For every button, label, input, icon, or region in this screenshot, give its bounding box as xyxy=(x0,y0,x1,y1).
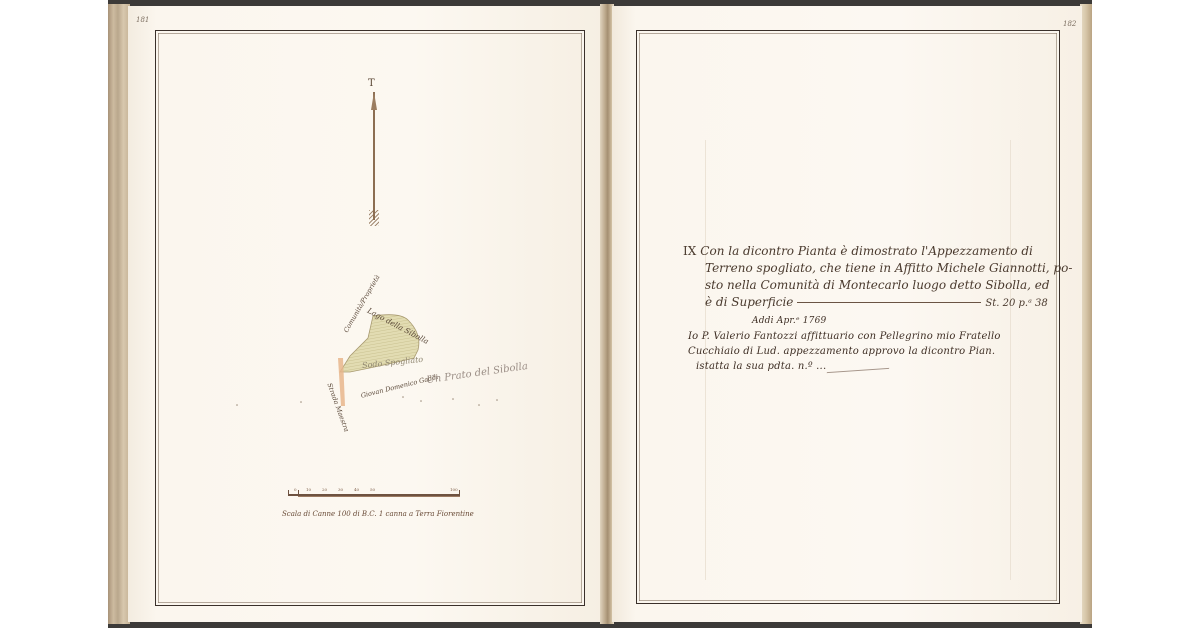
paper-speck xyxy=(496,399,498,401)
scale-tick-label: 0 xyxy=(294,487,297,492)
right-page-number: 182 xyxy=(1063,20,1076,28)
entry-text-line4: è di Superficie xyxy=(705,295,793,309)
entry-line: IXCon la dicontro Pianta è dimostrato l'… xyxy=(683,243,1023,260)
scale-tick-label: 20 xyxy=(322,487,327,492)
scale-tick-label: 30 xyxy=(338,487,343,492)
paper-speck xyxy=(452,398,454,400)
north-arrow-tip-icon xyxy=(371,92,377,110)
note-date: Addi Apr.ᵉ 1769 xyxy=(688,314,1028,329)
parcel-entry: IXCon la dicontro Pianta è dimostrato l'… xyxy=(683,243,1023,311)
book-fore-edge-left xyxy=(108,4,130,624)
scale-bar: 0 10 20 30 40 50 100 xyxy=(282,488,462,500)
paper-speck xyxy=(300,401,302,403)
scale-tick-label: 10 xyxy=(306,487,311,492)
scale-tick-label: 100 xyxy=(450,487,458,492)
paper-speck xyxy=(478,404,480,406)
north-arrow-label: T xyxy=(368,78,375,89)
note-line2: Cucchiaio di Lud. appezzamento approvo l… xyxy=(688,344,1028,359)
scale-bar-line-lower xyxy=(298,496,460,497)
parcel-plan: Lago della Sibolla Comunità/Proprietà St… xyxy=(330,300,560,410)
left-page-number: 181 xyxy=(136,16,149,24)
entry-area: St. 20 p.ᵃ 38 xyxy=(985,298,1047,309)
entry-line: sto nella Comunità di Montecarlo luogo d… xyxy=(683,277,1023,294)
entry-leader-rule xyxy=(797,302,981,303)
entry-text-line2: Terreno spogliato, che tiene in Affitto … xyxy=(705,261,1072,275)
paper-speck xyxy=(402,396,404,398)
entry-number: IX xyxy=(683,244,696,258)
entry-text-line3: sto nella Comunità di Montecarlo luogo d… xyxy=(705,278,1050,292)
paper-speck xyxy=(420,400,422,402)
entry-line: Terreno spogliato, che tiene in Affitto … xyxy=(683,260,1023,277)
scale-tick xyxy=(288,490,289,495)
entry-text-line1: Con la dicontro Pianta è dimostrato l'Ap… xyxy=(700,244,1033,258)
scale-tick-label: 40 xyxy=(354,487,359,492)
north-arrow-shaft xyxy=(373,92,375,220)
note-line1: Io P. Valerio Fantozzi affittuario con P… xyxy=(688,329,1028,344)
paper-speck xyxy=(236,404,238,406)
entry-line: è di SuperficieSt. 20 p.ᵃ 38 xyxy=(683,294,1023,311)
north-arrow-fletching-icon xyxy=(369,210,379,226)
scale-caption: Scala di Canne 100 di B.C. 1 canna a Ter… xyxy=(282,510,474,518)
scale-tick xyxy=(459,490,460,495)
north-arrow: T xyxy=(362,78,386,230)
scale-tick xyxy=(298,490,299,495)
scale-tick-label: 50 xyxy=(370,487,375,492)
